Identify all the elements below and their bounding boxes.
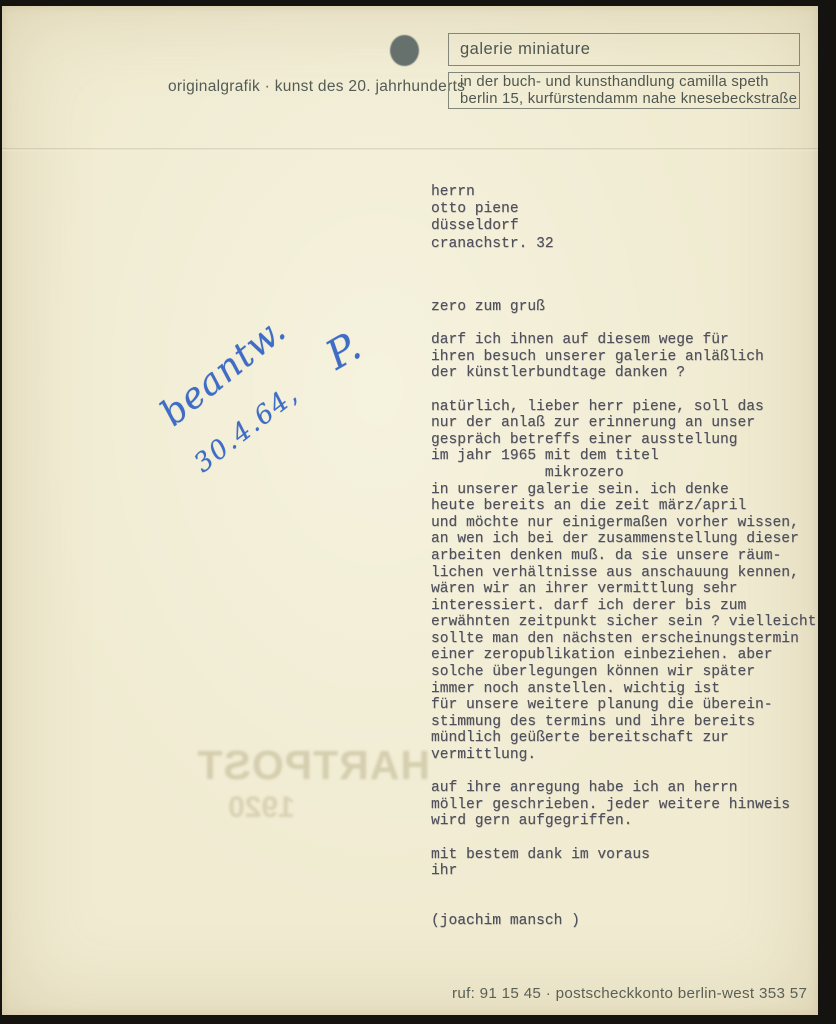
letterhead-gallery-box: galerie miniature [448, 33, 800, 66]
letterhead-dot-icon [390, 35, 419, 66]
gallery-address: in der buch- und kunsthandlung camilla s… [460, 74, 797, 107]
letterhead-address-box: in der buch- und kunsthandlung camilla s… [448, 72, 800, 109]
gallery-name: galerie miniature [460, 40, 590, 59]
scanned-letter: HARTPOST 1920 galerie miniature original… [0, 0, 836, 1024]
letter-body: zero zum gruß darf ich ihnen auf diesem … [431, 299, 816, 930]
letterhead-tagline: originalgrafik · kunst des 20. jahrhunde… [168, 78, 432, 96]
footer-contact: ruf: 91 15 45 · postscheckkonto berlin-w… [452, 985, 807, 1002]
recipient-address: herrn otto piene düsseldorf cranachstr. … [431, 184, 554, 253]
